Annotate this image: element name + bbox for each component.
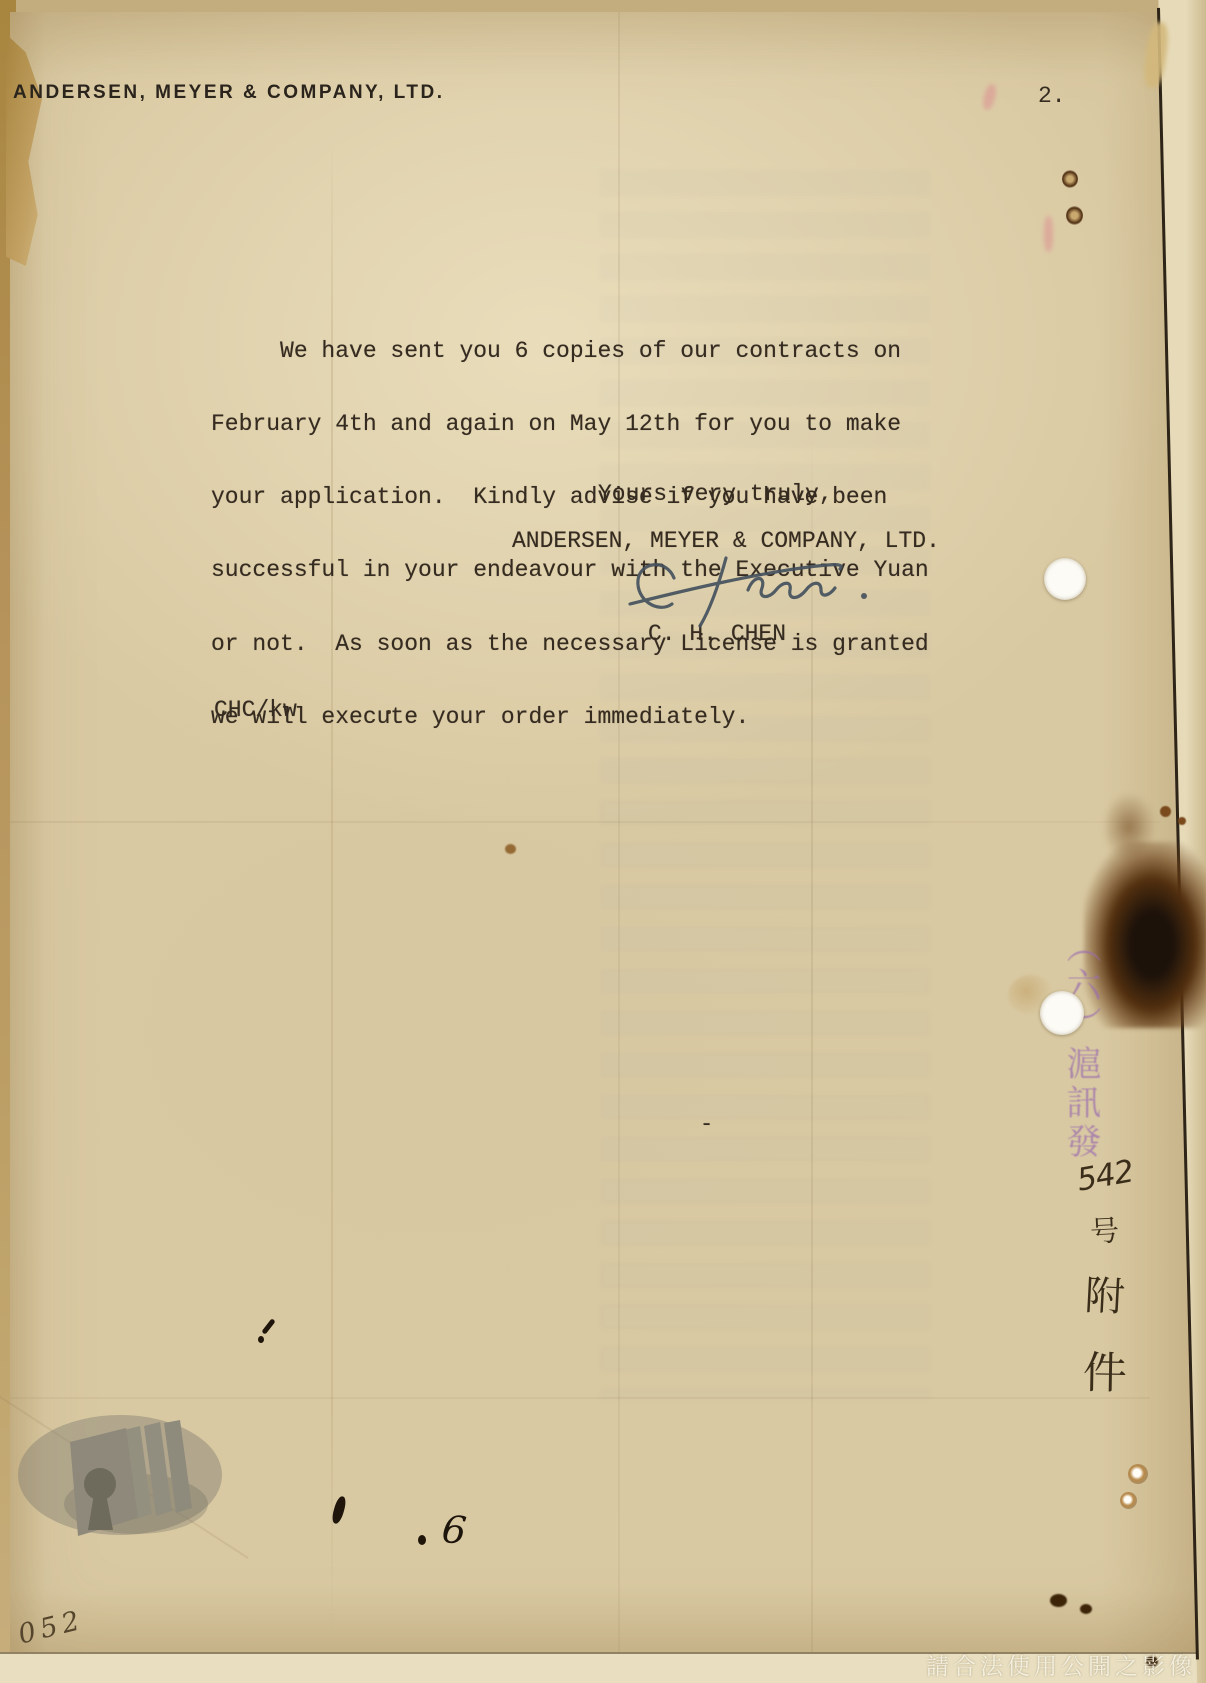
- reference-initials: CHC/kw: [214, 697, 297, 723]
- worm-hole: [1066, 206, 1083, 225]
- burn-spot: [1080, 1604, 1092, 1614]
- body-line: we will execute your order immediately.: [211, 705, 929, 729]
- ink-note-char: 附: [1084, 1264, 1127, 1323]
- rust-spot: [1178, 817, 1186, 825]
- letterhead: ANDERSEN, MEYER & COMPANY, LTD.: [13, 82, 445, 104]
- body-line: or not. As soon as the necessary License…: [211, 632, 929, 656]
- page-number: 2.: [1038, 83, 1066, 109]
- margin-ink-note: 542 号 附 件: [1068, 1158, 1142, 1401]
- ink-dot: [258, 1336, 264, 1343]
- punch-hole-top: [1044, 558, 1086, 600]
- rust-hole: [1120, 1492, 1137, 1509]
- worm-hole: [1062, 170, 1078, 188]
- punch-hole-middle: [1040, 991, 1084, 1035]
- stray-dash-mark: -: [700, 1112, 713, 1137]
- pink-smudge: [1044, 216, 1053, 252]
- usage-watermark-text: 請合法使用公開之影像: [926, 1648, 1196, 1681]
- ink-note-char: 件: [1082, 1337, 1127, 1402]
- rust-spot: [1160, 806, 1171, 817]
- handwritten-number: 6: [440, 1507, 469, 1553]
- ink-note-number: 542: [1074, 1153, 1136, 1198]
- valediction: Yours very truly,: [598, 481, 833, 507]
- ink-dot: [418, 1535, 426, 1545]
- rust-hole: [1128, 1464, 1148, 1484]
- book-keyhole-archive-logo-icon: [14, 1386, 236, 1566]
- stain-spot: [505, 844, 516, 854]
- fold-crease-horizontal: [10, 821, 1160, 823]
- ink-note-char: 号: [1089, 1208, 1120, 1250]
- body-line: February 4th and again on May 12th for y…: [211, 412, 929, 436]
- burn-spot: [1050, 1594, 1067, 1607]
- purple-stamp-vertical: （六）滬訊發: [1056, 928, 1106, 1184]
- body-line: We have sent you 6 copies of our contrac…: [211, 339, 929, 363]
- scanned-letter-page: ANDERSEN, MEYER & COMPANY, LTD. 2. We ha…: [0, 0, 1206, 1683]
- handwritten-signature: [628, 550, 888, 632]
